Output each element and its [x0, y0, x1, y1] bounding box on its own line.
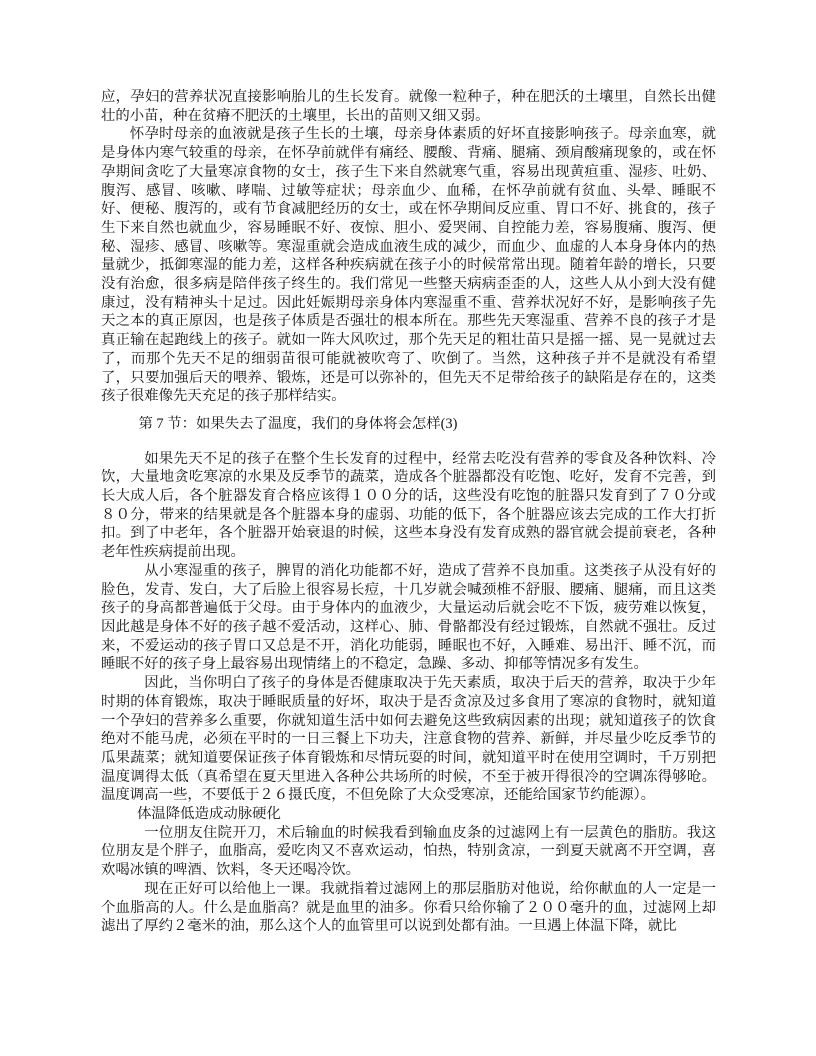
document-page: 应，孕妇的营养状况直接影响胎儿的生长发育。就像一粒种子，种在肥沃的土壤里，自然长… — [0, 0, 816, 1056]
paragraph: 一位朋友住院开刀，术后输血的时候我看到输血皮条的过滤网上有一层黄色的脂肪。我这位… — [101, 824, 716, 880]
paragraph-continuation: 应，孕妇的营养状况直接影响胎儿的生长发育。就像一粒种子，种在肥沃的土壤里，自然长… — [101, 88, 716, 125]
paragraph: 怀孕时母亲的血液就是孩子生长的土壤，母亲身体素质的好坏直接影响孩子。母亲血寒，就… — [101, 125, 716, 406]
paragraph: 如果先天不足的孩子在整个生长发育的过程中，经常去吃没有营养的零食及各种饮料、冷饮… — [101, 450, 716, 562]
section-heading: 第 7 节：如果失去了温度，我们的身体将会怎样(3) — [101, 415, 716, 434]
subsection-heading: 体温降低造成动脉硬化 — [101, 805, 716, 824]
document-text-block: 应，孕妇的营养状况直接影响胎儿的生长发育。就像一粒种子，种在肥沃的土壤里，自然长… — [101, 88, 716, 936]
paragraph: 现在正好可以给他上一课。我就指着过滤网上的那层脂肪对他说，给你献血的人一定是一个… — [101, 880, 716, 936]
paragraph: 从小寒湿重的孩子，脾胃的消化功能都不好，造成了营养不良加重。这类孩子从没有好的脸… — [101, 562, 716, 674]
paragraph: 因此，当你明白了孩子的身体是否健康取决于先天素质，取决于后天的营养，取决于少年时… — [101, 674, 716, 805]
